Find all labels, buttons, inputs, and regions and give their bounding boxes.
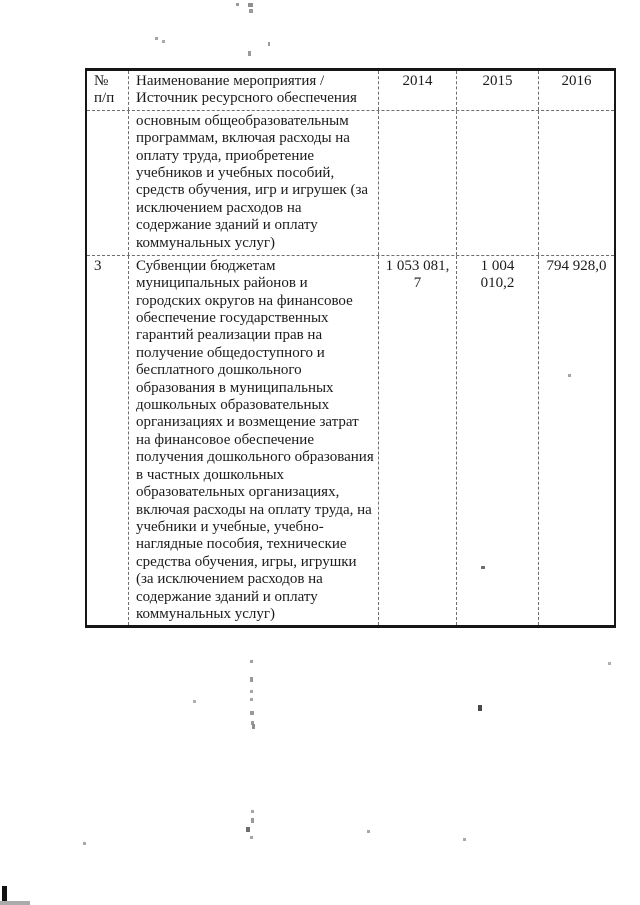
- scan-artifact: [250, 698, 253, 701]
- scan-artifact: [155, 37, 158, 40]
- row-3-value-2014: 1 053 081, 7: [379, 256, 457, 626]
- scan-artifact: [246, 827, 250, 832]
- budget-table: № п/п Наименование мероприятия / Источни…: [85, 68, 616, 628]
- scan-artifact: [250, 836, 253, 839]
- scan-artifact: [250, 690, 253, 693]
- scan-artifact: [252, 724, 255, 729]
- scan-artifact: [568, 374, 571, 377]
- scanned-document-page: № п/п Наименование мероприятия / Источни…: [0, 0, 640, 905]
- scan-artifact: [251, 810, 254, 813]
- header-year-2014: 2014: [379, 71, 457, 110]
- scan-artifact: [250, 677, 253, 682]
- scan-artifact: [250, 660, 253, 663]
- header-num-col: № п/п: [87, 71, 129, 110]
- scan-artifact: [2, 886, 7, 902]
- scan-artifact: [268, 42, 270, 46]
- row-continuation-2014: [379, 111, 457, 255]
- scan-artifact: [162, 40, 165, 43]
- row-3-value-2016: 794 928,0: [539, 256, 614, 626]
- scan-artifact: [251, 818, 254, 823]
- row-continuation-text: основным общеобразовательным программам,…: [129, 111, 379, 255]
- table-row-continuation: основным общеобразовательным программам,…: [87, 111, 614, 256]
- row-3-num: 3: [87, 256, 129, 626]
- scan-artifact: [236, 3, 239, 6]
- scan-artifact: [193, 700, 196, 703]
- scan-artifact: [367, 830, 370, 833]
- row-continuation-2016: [539, 111, 614, 255]
- scan-artifact: [248, 3, 253, 7]
- table-row-3: 3 Субвенции бюджетам муниципальных район…: [87, 256, 614, 626]
- scan-artifact: [481, 566, 485, 569]
- scan-artifact: [608, 662, 611, 665]
- scan-artifact: [463, 838, 466, 841]
- scan-artifact: [249, 9, 253, 13]
- header-year-2016: 2016: [539, 71, 614, 110]
- row-continuation-2015: [457, 111, 539, 255]
- scan-artifact: [248, 51, 251, 56]
- scan-artifact: [478, 705, 482, 711]
- scan-artifact: [250, 711, 254, 715]
- scan-artifact: [0, 901, 30, 905]
- header-year-2015: 2015: [457, 71, 539, 110]
- row-continuation-num: [87, 111, 129, 255]
- table-header-row: № п/п Наименование мероприятия / Источни…: [87, 71, 614, 111]
- header-name-col: Наименование мероприятия / Источник ресу…: [129, 71, 379, 110]
- row-3-text: Субвенции бюджетам муниципальных районов…: [129, 256, 379, 626]
- scan-artifact: [83, 842, 86, 845]
- row-3-value-2015: 1 004 010,2: [457, 256, 539, 626]
